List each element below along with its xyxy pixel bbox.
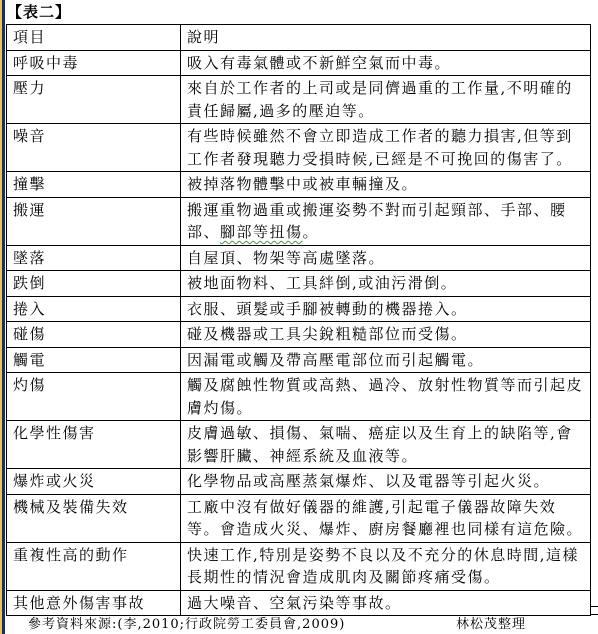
column-header-description: 說明 <box>181 25 591 51</box>
item-cell: 呼吸中毒 <box>7 50 181 76</box>
footer-source: 參考資料來源:(李,2010;行政院勞工委員會,2009) <box>28 613 345 632</box>
table-row: 重複性高的動作快速工作,特別是姿勢不良以及不充分的休息時間,這樣長期性的情況會造… <box>7 542 591 590</box>
item-cell: 捲入 <box>7 296 181 322</box>
item-cell: 噪音 <box>7 124 181 172</box>
description-cell: 被掉落物體擊中或被車輛撞及。 <box>181 172 591 198</box>
table-row: 其他意外傷害事故過大噪音、空氣污染等事故。 <box>7 590 591 616</box>
table-row: 爆炸或火災化學物品或高壓蒸氣爆炸、以及電器等引起火災。 <box>7 469 591 495</box>
description-cell: 自屋頂、物架等高處墜落。 <box>181 245 591 271</box>
item-cell: 化學性傷害 <box>7 421 181 469</box>
description-cell: 衣服、頭髮或手腳被轉動的機器捲入。 <box>181 296 591 322</box>
item-cell: 灼傷 <box>7 373 181 421</box>
item-cell: 機械及裝備失效 <box>7 494 181 542</box>
description-cell: 被地面物料、工具絆倒,或油污滑倒。 <box>181 271 591 297</box>
table-resize-handle[interactable] <box>590 606 598 615</box>
item-cell: 壓力 <box>7 76 181 124</box>
table-row: 噪音有些時候雖然不會立即造成工作者的聽力損害,但等到工作者發現聽力受損時候,已經… <box>7 124 591 172</box>
description-cell: 有些時候雖然不會立即造成工作者的聽力損害,但等到工作者發現聽力受損時候,已經是不… <box>181 124 591 172</box>
item-cell: 重複性高的動作 <box>7 542 181 590</box>
item-cell: 爆炸或火災 <box>7 469 181 495</box>
description-cell: 過大噪音、空氣污染等事故。 <box>181 590 591 616</box>
table-row: 壓力來自於工作者的上司或是同儕過重的工作量,不明確的責任歸屬,過多的壓迫等。 <box>7 76 591 124</box>
item-cell: 觸電 <box>7 347 181 373</box>
table-row: 跌倒被地面物料、工具絆倒,或油污滑倒。 <box>7 271 591 297</box>
item-cell: 搬運 <box>7 197 181 245</box>
description-cell: 觸及腐蝕性物質或高熱、過冷、放射性物質等而引起皮膚灼傷。 <box>181 373 591 421</box>
column-header-item: 項目 <box>7 25 181 51</box>
grammar-underline-text: 腳部等扭傷 <box>220 223 303 241</box>
item-cell: 跌倒 <box>7 271 181 297</box>
table-caption: 【表二】 <box>7 1 71 22</box>
hazard-table: 項目 說明 呼吸中毒吸入有毒氣體或不新鮮空氣而中毒。壓力來自於工作者的上司或是同… <box>6 24 591 616</box>
table-row: 機械及裝備失效工廠中沒有做好儀器的維護,引起電子儀器故障失效等。會造成火災、爆炸… <box>7 494 591 542</box>
description-cell: 工廠中沒有做好儀器的維護,引起電子儀器故障失效等。會造成火災、爆炸、廚房餐廳裡也… <box>181 494 591 542</box>
description-cell: 皮膚過敏、損傷、氣喘、癌症以及生育上的缺陷等,會影響肝臟、神經系統及血液等。 <box>181 421 591 469</box>
page-edge-line <box>2 0 5 634</box>
item-cell: 碰傷 <box>7 322 181 348</box>
item-cell: 其他意外傷害事故 <box>7 590 181 616</box>
item-cell: 撞擊 <box>7 172 181 198</box>
table-row: 灼傷觸及腐蝕性物質或高熱、過冷、放射性物質等而引起皮膚灼傷。 <box>7 373 591 421</box>
table-row: 捲入衣服、頭髮或手腳被轉動的機器捲入。 <box>7 296 591 322</box>
table-row: 呼吸中毒吸入有毒氣體或不新鮮空氣而中毒。 <box>7 50 591 76</box>
table-row: 化學性傷害皮膚過敏、損傷、氣喘、癌症以及生育上的缺陷等,會影響肝臟、神經系統及血… <box>7 421 591 469</box>
table-row: 碰傷碰及機器或工具尖銳粗糙部位而受傷。 <box>7 322 591 348</box>
description-cell: 吸入有毒氣體或不新鮮空氣而中毒。 <box>181 50 591 76</box>
item-cell: 墜落 <box>7 245 181 271</box>
description-cell: 化學物品或高壓蒸氣爆炸、以及電器等引起火災。 <box>181 469 591 495</box>
description-text: 。 <box>303 223 320 241</box>
table-row: 搬運搬運重物過重或搬運姿勢不對而引起頸部、手部、腰部、腳部等扭傷。 <box>7 197 591 245</box>
table-row: 墜落自屋頂、物架等高處墜落。 <box>7 245 591 271</box>
footer-compiler: 林松茂整理 <box>456 613 526 632</box>
description-cell: 搬運重物過重或搬運姿勢不對而引起頸部、手部、腰部、腳部等扭傷。 <box>181 197 591 245</box>
table-row: 觸電因漏電或觸及帶高壓電部位而引起觸電。 <box>7 347 591 373</box>
description-cell: 來自於工作者的上司或是同儕過重的工作量,不明確的責任歸屬,過多的壓迫等。 <box>181 76 591 124</box>
table-row: 撞擊被掉落物體擊中或被車輛撞及。 <box>7 172 591 198</box>
description-cell: 快速工作,特別是姿勢不良以及不充分的休息時間,這樣長期性的情況會造成肌肉及關節疼… <box>181 542 591 590</box>
table-header-row: 項目 說明 <box>7 25 591 51</box>
hazard-table-body: 呼吸中毒吸入有毒氣體或不新鮮空氣而中毒。壓力來自於工作者的上司或是同儕過重的工作… <box>7 50 591 616</box>
description-cell: 因漏電或觸及帶高壓電部位而引起觸電。 <box>181 347 591 373</box>
description-cell: 碰及機器或工具尖銳粗糙部位而受傷。 <box>181 322 591 348</box>
